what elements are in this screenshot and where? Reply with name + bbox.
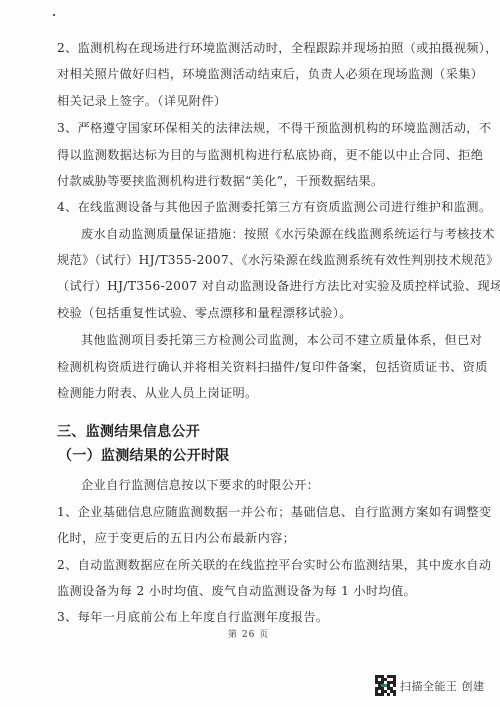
paragraph-line: 企业自行监测信息按以下要求的时限公开： [81, 477, 319, 493]
watermark-label: 扫描全能王 创建 [400, 678, 485, 694]
paragraph-line: 对相关照片做好归档，环境监测活动结束后，负责人必须在现场监测（采集） [57, 66, 483, 82]
paragraph-line: 其他监测项目委托第三方检测公司监测，本公司不建立质量体系，但已对 [81, 332, 482, 348]
paragraph-line: 相关记录上签字。（详见附件） [57, 93, 226, 109]
paragraph-line: 2、监测机构在现场进行环境监测活动时，全程跟踪并现场拍照（或拍摄视频）， [57, 40, 498, 56]
scanner-watermark: 扫描全能王 创建 [375, 675, 485, 696]
paragraph-line: （试行）HJ/T356-2007 对自动监测设备进行方法比对实验及质控样试验、现… [57, 278, 500, 294]
scanned-document-page: 2、监测机构在现场进行环境监测活动时，全程跟踪并现场拍照（或拍摄视频）， 对相关… [0, 0, 500, 707]
section-heading: 三、监测结果信息公开 [57, 423, 200, 441]
paragraph-line: 检测能力附表、从业人员上岗证明。 [57, 385, 258, 401]
paragraph-line: 监测设备为每 2 小时均值、废气自动监测设备为每 1 小时均值。 [57, 583, 416, 599]
paragraph-line: 4、在线监测设备与其他因子监测委托第三方有资质监测公司进行维护和监测。 [57, 199, 491, 215]
paragraph-line: 3、每年一月底前公布上年度自行监测年度报告。 [57, 609, 328, 625]
paragraph-line: 检测机构资质进行确认并将相关资料扫描件/复印件备案，包括资质证书、资质 [57, 359, 488, 375]
paragraph-line: 规范》（试行）HJ/T355-2007、《水污染源在线监测系统有效性判别技术规范… [57, 252, 499, 268]
paragraph-line: 3、严格遵守国家环保相关的法律法规，不得干预监测机构的环境监测活动，不 [57, 120, 491, 136]
paragraph-line: 校验（包括重复性试验、零点漂移和量程漂移试验）。 [57, 305, 352, 321]
paragraph-line: 得以监测数据达标为目的与监测机构进行私底协商，更不能以中止合同、拒绝 [57, 147, 483, 163]
paragraph-line: 2、自动监测数据应在所关联的在线监控平台实时公布监测结果，其中废水自动 [57, 557, 491, 573]
paragraph-line: 付款威胁等要挟监测机构进行数据“美化”，干预数据结果。 [57, 173, 384, 189]
paragraph-line: 废水自动监测质量保证措施：按照《水污染源在线监测系统运行与考核技术 [81, 226, 495, 242]
page-number: 第 26 页 [228, 627, 269, 640]
scan-speck [53, 14, 55, 16]
subsection-heading: （一）监测结果的公开时限 [58, 447, 230, 465]
qr-code-icon [375, 675, 396, 696]
paragraph-line: 1、企业基础信息应随监测数据一并公布；基础信息、自行监测方案如有调整变 [57, 504, 491, 520]
paragraph-line: 化时，应于变更后的五日内公布最新内容； [57, 530, 295, 546]
